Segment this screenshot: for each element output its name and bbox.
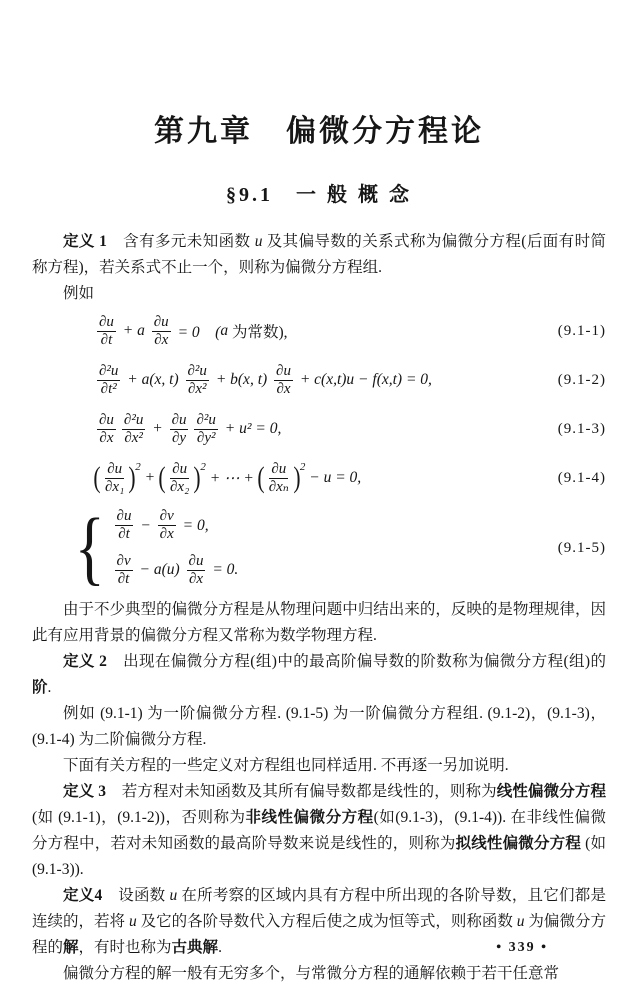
eq-text: = 0, (179, 517, 209, 535)
text-run: (如 (9.1-1)，(9.1-2))，否则称为 (32, 809, 246, 826)
equation-number: (9.1-5) (558, 540, 606, 557)
equation-line: ∂u∂x∂²u∂x² + ∂u∂y∂²u∂y² + u² = 0, (94, 412, 281, 447)
page-body: 定义 1 含有多元未知函数 u 及其偏导数的关系式称为偏微分方程(后面有时简称方… (32, 229, 606, 987)
fraction-denominator: ∂t (116, 526, 132, 543)
equation-line: ∂²u∂t² + a(x, t) ∂²u∂x² + b(x, t) ∂u∂x +… (94, 363, 432, 398)
text-run: 下面有关方程的一些定义对方程组也同样适用. 不再逐一另加说明. (63, 757, 509, 774)
equation-block: ∂u∂x∂²u∂x² + ∂u∂y∂²u∂y² + u² = 0,(9.1-3) (94, 408, 606, 450)
fraction-denominator: ∂x² (186, 381, 209, 398)
fraction: ∂u∂x (152, 314, 171, 349)
text-run: u (517, 913, 525, 930)
fraction-denominator: ∂t² (99, 381, 119, 398)
text-run: 偏微分方程的解一般有无穷多个，与常微分方程的通解依赖于若干任意常 (63, 965, 559, 982)
term-bold: 定义 1 (63, 233, 107, 250)
fraction-numerator: ∂u (152, 314, 171, 332)
text-run: 若方程对未知函数及其所有偏导数都是线性的，则称为 (106, 783, 497, 800)
fraction-denominator: ∂t (99, 332, 115, 349)
fraction-denominator: ∂x₁ (103, 479, 126, 496)
term-bold: 线性偏微分方程 (497, 783, 606, 800)
equation-column: ∂u∂t + a ∂u∂x = 0 (a 为常数), (94, 314, 287, 349)
paragraph: 定义 3 若方程对未知函数及其所有偏导数都是线性的，则称为线性偏微分方程(如 (… (32, 779, 606, 883)
text-run: 设函数 (102, 887, 169, 904)
fraction: ∂u∂x₂ (168, 461, 191, 496)
fraction-numerator: ∂u (187, 553, 206, 571)
text-run: 含有多元未知函数 (107, 233, 255, 250)
eq-text: + a(x, t) (123, 371, 182, 389)
fraction-numerator: ∂u (105, 461, 124, 479)
eq-text: + c(x,t)u − f(x,t) = 0, (296, 371, 432, 389)
fraction-numerator: ∂²u (122, 412, 145, 430)
fraction: ∂v∂t (115, 553, 133, 588)
fraction: ∂u∂x₁ (103, 461, 126, 496)
term-bold: 古典解 (172, 939, 219, 956)
fraction: ∂²u∂y² (194, 412, 217, 447)
chapter-title: 第九章 偏微分方程论 (32, 106, 606, 150)
term-bold: 拟线性偏微分方程 (456, 835, 582, 852)
equation-block: ∂²u∂t² + a(x, t) ∂²u∂x² + b(x, t) ∂u∂x +… (94, 359, 606, 401)
fraction-denominator: ∂x (187, 571, 205, 588)
paren: ( (158, 463, 165, 493)
page-number: • 339 • (496, 940, 548, 956)
equation-line: (∂u∂x₁)2 + (∂u∂x₂)2 + ⋯ + (∂u∂xₙ)2 − u =… (94, 461, 361, 496)
equation-block: (∂u∂x₁)2 + (∂u∂x₂)2 + ⋯ + (∂u∂xₙ)2 − u =… (94, 457, 606, 499)
fraction-denominator: ∂x (158, 526, 176, 543)
paragraph: 定义 2 出现在偏微分方程(组)中的最高阶偏导数的阶数称为偏微分方程(组)的阶. (32, 649, 606, 701)
term-bold: 解 (63, 939, 79, 956)
fraction: ∂v∂x (158, 508, 176, 543)
fraction: ∂u∂y (170, 412, 189, 447)
fraction-denominator: ∂x₂ (168, 479, 191, 496)
eq-text: = 0 ( (174, 320, 221, 342)
eq-text: + u² = 0, (221, 420, 281, 438)
fraction-numerator: ∂u (115, 508, 134, 526)
superscript: 2 (135, 461, 141, 473)
fraction-denominator: ∂t (116, 571, 132, 588)
fraction-numerator: ∂u (269, 461, 288, 479)
equation-line: ∂v∂t − a(u) ∂u∂x = 0. (112, 553, 239, 588)
text-run: 及它的各阶导数代入方程后使之成为恒等式，则称函数 (137, 913, 517, 930)
fraction: ∂u∂x (274, 363, 293, 398)
paragraph: 定义 1 含有多元未知函数 u 及其偏导数的关系式称为偏微分方程(后面有时简称方… (32, 229, 606, 281)
eq-text: + a (119, 322, 149, 340)
paren: ( (257, 463, 264, 493)
fraction-numerator: ∂v (115, 553, 133, 571)
fraction-numerator: ∂²u (194, 412, 217, 430)
fraction-numerator: ∂v (158, 508, 176, 526)
eq-text: − (136, 517, 154, 535)
fraction: ∂²u∂t² (97, 363, 120, 398)
text-run: . (48, 679, 52, 696)
equation-number: (9.1-1) (558, 323, 606, 340)
fraction-denominator: ∂y (170, 430, 188, 447)
fraction-numerator: ∂u (170, 412, 189, 430)
text-run: 出现在偏微分方程(组)中的最高阶偏导数的阶数称为偏微分方程(组)的 (107, 653, 606, 670)
fraction: ∂²u∂x² (186, 363, 209, 398)
fraction-denominator: ∂xₙ (267, 479, 291, 496)
equation-block: ∂u∂t + a ∂u∂x = 0 (a 为常数),(9.1-1) (94, 310, 606, 352)
equation-column: ∂u∂t − ∂v∂x = 0,∂v∂t − a(u) ∂u∂x = 0. (112, 508, 239, 587)
book-page: 第九章 偏微分方程论 §9.1 一 般 概 念 定义 1 含有多元未知函数 u … (0, 0, 640, 988)
fraction-numerator: ∂u (97, 314, 116, 332)
fraction-numerator: ∂u (170, 461, 189, 479)
equation-column: (∂u∂x₁)2 + (∂u∂x₂)2 + ⋯ + (∂u∂xₙ)2 − u =… (94, 461, 361, 496)
fraction-numerator: ∂u (97, 412, 116, 430)
eq-text: 为常数), (232, 320, 288, 342)
equation-column: ∂²u∂t² + a(x, t) ∂²u∂x² + b(x, t) ∂u∂x +… (94, 363, 432, 398)
fraction: ∂u∂xₙ (267, 461, 291, 496)
paren: ( (93, 463, 100, 493)
equation-block: {∂u∂t − ∂v∂x = 0,∂v∂t − a(u) ∂u∂x = 0.(9… (72, 506, 606, 590)
superscript: 2 (200, 461, 206, 473)
eq-text: − a(u) (136, 561, 184, 579)
fraction-denominator: ∂x (274, 381, 292, 398)
paragraph: 下面有关方程的一些定义对方程组也同样适用. 不再逐一另加说明. (32, 753, 606, 779)
term-bold: 定义 2 (63, 653, 107, 670)
equation-line: ∂u∂t + a ∂u∂x = 0 (a 为常数), (94, 314, 287, 349)
eq-text: + ⋯ + (206, 469, 258, 488)
paragraph: 例如 (32, 281, 606, 307)
fraction: ∂u∂x (187, 553, 206, 588)
text-run: . (218, 939, 222, 956)
eq-text: + (148, 420, 166, 438)
fraction-denominator: ∂x (97, 430, 115, 447)
paragraph: 由于不少典型的偏微分方程是从物理问题中归结出来的，反映的是物理规律，因此有应用背… (32, 597, 606, 649)
fraction-denominator: ∂x (152, 332, 170, 349)
equation-number: (9.1-3) (558, 421, 606, 438)
superscript: 2 (300, 461, 306, 473)
term-bold: 定义4 (63, 887, 102, 904)
text-run: 由于不少典型的偏微分方程是从物理问题中归结出来的，反映的是物理规律，因此有应用背… (32, 601, 606, 644)
fraction-numerator: ∂²u (97, 363, 120, 381)
equation-column: ∂u∂x∂²u∂x² + ∂u∂y∂²u∂y² + u² = 0, (94, 412, 281, 447)
eq-text: a (220, 322, 232, 340)
text-run: 例如 (9.1-1) 为一阶偏微分方程. (9.1-5) 为一阶偏微分方程组. … (32, 705, 606, 748)
eq-text: + b(x, t) (212, 371, 271, 389)
equation-number: (9.1-4) (558, 470, 606, 487)
term-bold: 阶 (32, 679, 48, 696)
fraction: ∂u∂t (97, 314, 116, 349)
fraction-numerator: ∂u (274, 363, 293, 381)
fraction: ∂u∂x (97, 412, 116, 447)
equation-line: ∂u∂t − ∂v∂x = 0, (112, 508, 239, 543)
eq-text: = 0. (208, 561, 238, 579)
text-run: 例如 (63, 285, 94, 302)
fraction-numerator: ∂²u (186, 363, 209, 381)
fraction: ∂u∂t (115, 508, 134, 543)
fraction-denominator: ∂x² (122, 430, 145, 447)
fraction: ∂²u∂x² (122, 412, 145, 447)
text-run: u (129, 913, 137, 930)
text-run: ，有时也称为 (79, 939, 172, 956)
fraction-denominator: ∂y² (195, 430, 218, 447)
term-bold: 非线性偏微分方程 (246, 809, 374, 826)
section-title: §9.1 一 般 概 念 (32, 178, 606, 207)
paragraph: 例如 (9.1-1) 为一阶偏微分方程. (9.1-5) 为一阶偏微分方程组. … (32, 701, 606, 753)
paragraph: 偏微分方程的解一般有无穷多个，与常微分方程的通解依赖于若干任意常 (32, 961, 606, 987)
equation-number: (9.1-2) (558, 372, 606, 389)
eq-text: + (141, 469, 159, 487)
term-bold: 定义 3 (63, 783, 106, 800)
eq-text: − u = 0, (305, 469, 361, 487)
